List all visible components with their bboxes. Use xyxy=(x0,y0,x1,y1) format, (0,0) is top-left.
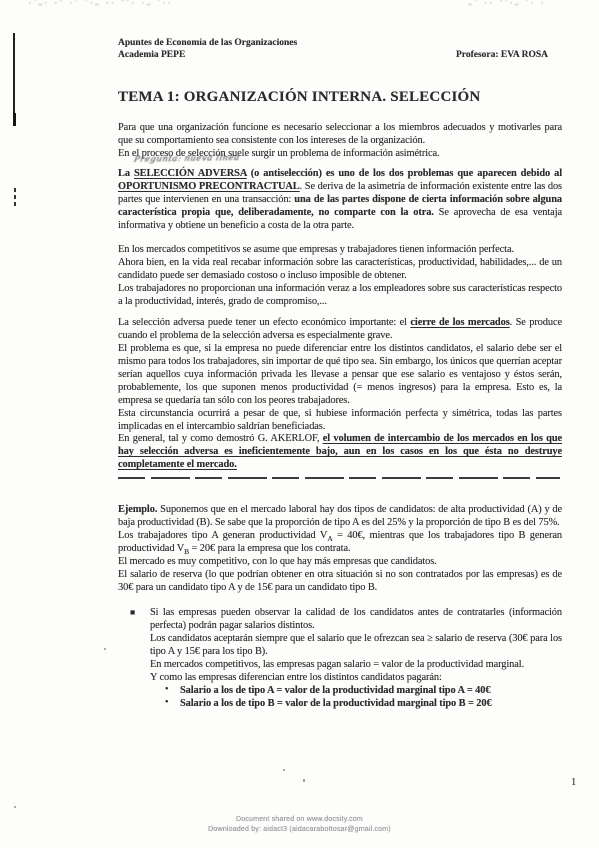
text-run: Suponemos que en el mercado laboral hay … xyxy=(118,504,562,528)
text-run: Esta circunstancia ocurrirá a pesar de q… xyxy=(118,408,562,432)
page-number: 1 xyxy=(571,777,576,788)
sub-bullet-text: Salario a los de tipo B = valor de la pr… xyxy=(180,697,562,710)
text-run: Ahora bien, en la vida real recabar info… xyxy=(118,257,562,281)
sub-bullet-text: Salario a los de tipo A = valor de la pr… xyxy=(180,684,562,697)
text-run: El problema es que, si la empresa no pue… xyxy=(118,343,562,406)
dot-bullet-icon: • xyxy=(165,683,168,696)
dot-bullet-icon: • xyxy=(165,696,168,709)
document-title: TEMA 1: ORGANIZACIÓN INTERNA. SELECCIÓN xyxy=(118,88,480,107)
scan-speck xyxy=(303,779,305,782)
text-run: (o antiselección) es uno de los dos prob… xyxy=(247,168,562,179)
text-run: OPORTUNISMO PRECONTRACTUAL xyxy=(118,181,300,192)
scan-artifact-dashed-line xyxy=(14,188,16,208)
para-example: Ejemplo. Suponemos que en el mercado lab… xyxy=(118,503,562,594)
professor-name: Profesora: EVA ROSA xyxy=(456,50,548,62)
square-bullet-icon: ■ xyxy=(130,606,135,619)
para-market-closure: La selección adversa puede tener un efec… xyxy=(118,316,562,433)
text-run: Ejemplo. xyxy=(118,504,157,515)
scanned-document-page: ·˙‥· ·¨ ·˙ ˙·‥ ·· ¨˙· ·‥ ˙·· ‥˙ ·· ¨˙·‥ … xyxy=(0,0,599,848)
text-run: Los candidatos aceptarán siempre que el … xyxy=(150,633,562,657)
footer-line-downloaded: Downloaded by: aidact3 (aidacarabottosar… xyxy=(0,825,599,835)
text-run: Salario a los de tipo B = valor de la pr… xyxy=(180,698,492,709)
bullet-item: ■ Si las empresas pueden observar la cal… xyxy=(118,606,562,684)
sub-bullet-item: • Salario a los de tipo A = valor de la … xyxy=(118,684,562,697)
text-run: cierre de los mercados xyxy=(410,317,509,328)
scan-artifact-text-top-left: ·˙‥· ·¨ ·˙ ˙·‥ ·· ¨˙· ·‥ ˙·· xyxy=(28,0,238,7)
bullet-list: ■ Si las empresas pueden observar la cal… xyxy=(118,606,562,710)
dashed-separator xyxy=(118,477,560,479)
scan-artifact-vertical-line xyxy=(13,33,15,125)
bullet-text: Si las empresas pueden observar la calid… xyxy=(150,606,562,684)
text-run: En general, tal y como demostró G. AKERL… xyxy=(118,433,323,444)
text-run: En los mercados competitivos se asume qu… xyxy=(118,244,514,255)
text-run: SELECCIÓN ADVERSA xyxy=(134,168,247,179)
text-run: Los trabajadores no proporcionan una inf… xyxy=(118,283,562,307)
course-title: Apuntes de Economía de las Organizacione… xyxy=(118,38,562,50)
text-run: En mercados competitivos, las empresas p… xyxy=(150,659,524,670)
scan-artifact-text-top-right: ‥˙ ·· ¨˙·‥ ˙· · xyxy=(468,0,593,7)
scan-artifact-line-blot xyxy=(13,113,16,126)
footer-line-shared: Document shared on www.docsity.com xyxy=(0,815,599,825)
text-run: Y como las empresas diferencian entre lo… xyxy=(150,672,442,683)
scan-speck xyxy=(14,806,16,808)
text-run: Para que una organización funcione es ne… xyxy=(118,122,562,146)
scan-speck xyxy=(283,769,285,771)
para-akerlof: En general, tal y como demostró G. AKERL… xyxy=(118,432,562,471)
para-perfect-info: En los mercados competitivos se asume qu… xyxy=(118,243,562,308)
text-run: = 20€ para la empresa que los contrata. xyxy=(189,543,350,554)
text-run: La selección adversa puede tener un efec… xyxy=(118,317,410,328)
sub-bullet-item: • Salario a los de tipo B = valor de la … xyxy=(118,697,562,710)
handwritten-note: Pregunta: nueva línea xyxy=(133,154,240,165)
text-run: El salario de reserva (lo que podrían ob… xyxy=(118,569,562,593)
text-run: El mercado es muy competitivo, con lo qu… xyxy=(118,556,437,567)
para-adverse-selection: La SELECCIÓN ADVERSA (o antiselección) e… xyxy=(118,167,562,232)
page-header: Apuntes de Economía de las Organizacione… xyxy=(118,38,562,61)
docsity-footer: Document shared on www.docsity.com Downl… xyxy=(0,815,599,834)
text-run: La xyxy=(118,168,134,179)
text-run: Salario a los de tipo A = valor de la pr… xyxy=(180,685,490,696)
text-run: Los trabajadores tipo A generan producti… xyxy=(118,530,327,541)
text-run: Si las empresas pueden observar la calid… xyxy=(150,607,562,631)
scan-speck xyxy=(104,648,106,650)
